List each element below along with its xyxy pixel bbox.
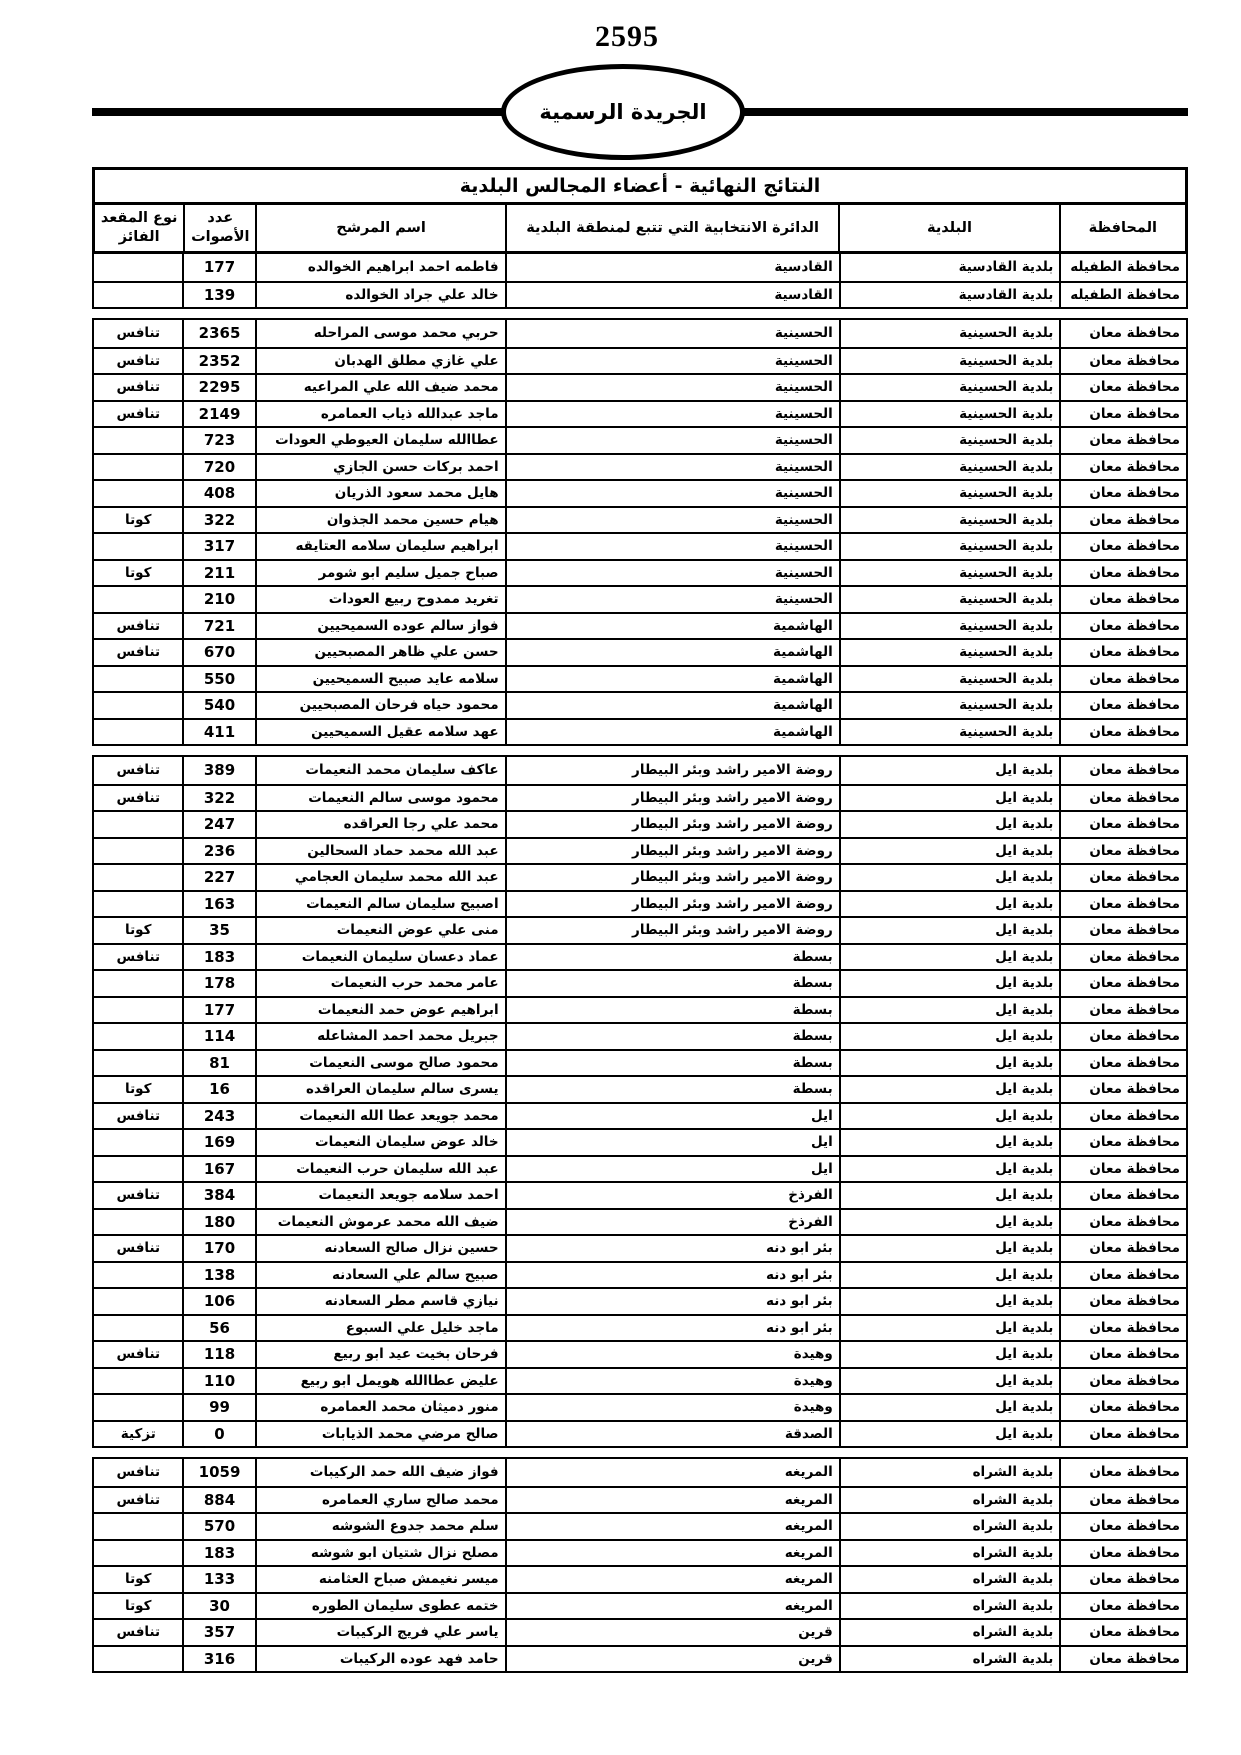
- cell-municipality: بلدية الحسينية: [839, 455, 1060, 480]
- table-row: محافظة معانبلدية الحسينيةالحسينيةتغريد م…: [94, 585, 1186, 612]
- cell-votes: 317: [182, 534, 254, 559]
- cell-governorate: محافظة معان: [1059, 720, 1186, 745]
- table-row: محافظة معانبلدية ايلروضة الامير راشد وبئ…: [94, 810, 1186, 837]
- cell-seat: [94, 1263, 182, 1288]
- cell-votes: 2149: [182, 402, 254, 427]
- cell-district: الهاشمية: [505, 693, 839, 718]
- cell-municipality: بلدية الشراه: [839, 1594, 1060, 1619]
- cell-governorate: محافظة معان: [1059, 998, 1186, 1023]
- table-blocks: محافظة الطفيلهبلدية القادسيةالقادسيةفاطم…: [92, 254, 1188, 1673]
- cell-name: مصلح نزال شتيان ابو شوشه: [255, 1541, 505, 1566]
- cell-governorate: محافظة الطفيله: [1059, 254, 1186, 281]
- cell-seat: [94, 667, 182, 692]
- cell-municipality: بلدية الحسينية: [839, 640, 1060, 665]
- cell-municipality: بلدية الحسينية: [839, 320, 1060, 347]
- cell-votes: 211: [182, 561, 254, 586]
- cell-name: ابراهيم عوض حمد النعيمات: [255, 998, 505, 1023]
- cell-district: بئر ابو دنه: [505, 1263, 839, 1288]
- cell-seat: كوتا: [94, 561, 182, 586]
- cell-governorate: محافظة معان: [1059, 640, 1186, 665]
- cell-municipality: بلدية ايل: [839, 1422, 1060, 1447]
- cell-name: حامد فهد عوده الركيبات: [255, 1647, 505, 1672]
- cell-governorate: محافظة معان: [1059, 1263, 1186, 1288]
- cell-governorate: محافظة معان: [1059, 839, 1186, 864]
- cell-district: روضة الامير راشد وبئر البيطار: [505, 918, 839, 943]
- cell-seat: تنافس: [94, 320, 182, 347]
- cell-name: فاطمه احمد ابراهيم الخوالده: [255, 254, 505, 281]
- cell-votes: 177: [182, 998, 254, 1023]
- cell-name: احمد سلامه جويعد النعيمات: [255, 1183, 505, 1208]
- cell-district: الهاشمية: [505, 667, 839, 692]
- cell-district: بسطة: [505, 971, 839, 996]
- cell-seat: تنافس: [94, 349, 182, 374]
- cell-municipality: بلدية ايل: [839, 1077, 1060, 1102]
- cell-seat: [94, 1130, 182, 1155]
- cell-municipality: بلدية الحسينية: [839, 428, 1060, 453]
- cell-district: الحسينية: [505, 320, 839, 347]
- cell-district: بسطة: [505, 945, 839, 970]
- cell-municipality: بلدية الشراه: [839, 1541, 1060, 1566]
- cell-seat: [94, 971, 182, 996]
- cell-votes: 723: [182, 428, 254, 453]
- table-row: محافظة معانبلدية ايلوهيدةمنور دميثان محم…: [94, 1393, 1186, 1420]
- cell-name: حسين نزال صالح السعادنه: [255, 1236, 505, 1261]
- table-row: محافظة معانبلدية الحسينيةالحسينيةماجد عب…: [94, 400, 1186, 427]
- cell-municipality: بلدية ايل: [839, 971, 1060, 996]
- cell-name: ختمه عطوى سليمان الطوره: [255, 1594, 505, 1619]
- cell-municipality: بلدية ايل: [839, 757, 1060, 784]
- cell-votes: 2295: [182, 375, 254, 400]
- table-row: محافظة معانبلدية ايلروضة الامير راشد وبئ…: [94, 837, 1186, 864]
- cell-governorate: محافظة معان: [1059, 1369, 1186, 1394]
- cell-votes: 243: [182, 1104, 254, 1129]
- cell-seat: [94, 1514, 182, 1539]
- table-row: محافظة معانبلدية الحسينيةالحسينيةعلي غاز…: [94, 347, 1186, 374]
- cell-district: روضة الامير راشد وبئر البيطار: [505, 892, 839, 917]
- cell-governorate: محافظة معان: [1059, 508, 1186, 533]
- cell-name: منى علي عوض النعيمات: [255, 918, 505, 943]
- cell-name: اصبيح سليمان سالم النعيمات: [255, 892, 505, 917]
- cell-seat: تنافس: [94, 1342, 182, 1367]
- cell-governorate: محافظة معان: [1059, 1422, 1186, 1447]
- cell-name: يسرى سالم سليمان العراقده: [255, 1077, 505, 1102]
- cell-district: ايل: [505, 1104, 839, 1129]
- cell-name: محمد علي رجا العراقده: [255, 812, 505, 837]
- cell-municipality: بلدية ايل: [839, 892, 1060, 917]
- cell-municipality: بلدية ايل: [839, 1369, 1060, 1394]
- cell-district: المريغه: [505, 1541, 839, 1566]
- table-row: محافظة معانبلدية ايلوهيدةفرحان بخيت عيد …: [94, 1340, 1186, 1367]
- cell-district: بئر ابو دنه: [505, 1236, 839, 1261]
- cell-name: عاكف سليمان محمد النعيمات: [255, 757, 505, 784]
- cell-seat: [94, 720, 182, 745]
- cell-votes: 570: [182, 1514, 254, 1539]
- cell-name: عامر محمد حرب النعيمات: [255, 971, 505, 996]
- cell-votes: 384: [182, 1183, 254, 1208]
- header-cell-district: الدائرة الانتخابية التي تتبع لمنطقة البل…: [505, 205, 839, 251]
- cell-seat: [94, 1541, 182, 1566]
- cell-municipality: بلدية ايل: [839, 1316, 1060, 1341]
- cell-district: القادسية: [505, 283, 839, 308]
- cell-district: روضة الامير راشد وبئر البيطار: [505, 865, 839, 890]
- cell-votes: 183: [182, 1541, 254, 1566]
- cell-municipality: بلدية الحسينية: [839, 667, 1060, 692]
- cell-votes: 138: [182, 1263, 254, 1288]
- cell-name: فرحان بخيت عيد ابو ربيع: [255, 1342, 505, 1367]
- cell-seat: [94, 283, 182, 308]
- cell-governorate: محافظة معان: [1059, 1647, 1186, 1672]
- cell-governorate: محافظة معان: [1059, 892, 1186, 917]
- cell-seat: [94, 254, 182, 281]
- cell-votes: 720: [182, 455, 254, 480]
- header-cell-municipality: البلدية: [838, 205, 1058, 251]
- cell-municipality: بلدية الحسينية: [839, 587, 1060, 612]
- cell-governorate: محافظة معان: [1059, 614, 1186, 639]
- table-row: محافظة معانبلدية الحسينيةالحسينيةصباح جم…: [94, 559, 1186, 586]
- cell-district: روضة الامير راشد وبئر البيطار: [505, 812, 839, 837]
- cell-governorate: محافظة معان: [1059, 945, 1186, 970]
- cell-seat: كوتا: [94, 918, 182, 943]
- cell-governorate: محافظة معان: [1059, 320, 1186, 347]
- cell-name: محمود حياه فرحان المصبحيين: [255, 693, 505, 718]
- cell-seat: تنافس: [94, 614, 182, 639]
- cell-district: بسطة: [505, 1077, 839, 1102]
- cell-district: الحسينية: [505, 561, 839, 586]
- cell-votes: 210: [182, 587, 254, 612]
- cell-name: محمود موسى سالم النعيمات: [255, 786, 505, 811]
- table-row: محافظة معانبلدية ايلوهيدةعليض عطاالله هو…: [94, 1367, 1186, 1394]
- cell-municipality: بلدية ايل: [839, 812, 1060, 837]
- cell-municipality: بلدية ايل: [839, 918, 1060, 943]
- cell-name: صالح مرضي محمد الذيابات: [255, 1422, 505, 1447]
- table-row: محافظة معانبلدية ايلبئر ابو دنهنيازي قاس…: [94, 1287, 1186, 1314]
- table-row: محافظة معانبلدية ايلبسطةابراهيم عوض حمد …: [94, 996, 1186, 1023]
- cell-district: الحسينية: [505, 534, 839, 559]
- cell-district: روضة الامير راشد وبئر البيطار: [505, 757, 839, 784]
- cell-name: ياسر علي فريج الركيبات: [255, 1620, 505, 1645]
- cell-district: بئر ابو دنه: [505, 1289, 839, 1314]
- cell-name: ماجد عبدالله ذياب العمامره: [255, 402, 505, 427]
- cell-governorate: محافظة معان: [1059, 561, 1186, 586]
- cell-governorate: محافظة معان: [1059, 455, 1186, 480]
- cell-municipality: بلدية الحسينية: [839, 508, 1060, 533]
- results-block: محافظة معانبلدية ايلروضة الامير راشد وبئ…: [92, 755, 1188, 1448]
- table-row: محافظة معانبلدية الشراهقرينياسر علي فريج…: [94, 1618, 1186, 1645]
- cell-name: صبيح سالم علي السعادنه: [255, 1263, 505, 1288]
- cell-governorate: محافظة معان: [1059, 402, 1186, 427]
- cell-municipality: بلدية ايل: [839, 1051, 1060, 1076]
- cell-municipality: بلدية الشراه: [839, 1620, 1060, 1645]
- cell-votes: 322: [182, 508, 254, 533]
- cell-votes: 139: [182, 283, 254, 308]
- cell-name: ضيف الله محمد عرموش النعيمات: [255, 1210, 505, 1235]
- results-block: محافظة معانبلدية الحسينيةالحسينيةحربي مح…: [92, 318, 1188, 746]
- cell-district: بسطة: [505, 1024, 839, 1049]
- cell-governorate: محافظة معان: [1059, 667, 1186, 692]
- cell-municipality: بلدية الشراه: [839, 1488, 1060, 1513]
- table-header-row: المحافظةالبلديةالدائرة الانتخابية التي ت…: [92, 205, 1188, 254]
- cell-votes: 408: [182, 481, 254, 506]
- table-row: محافظة معانبلدية الحسينيةالحسينيةحربي مح…: [94, 320, 1186, 347]
- cell-district: الحسينية: [505, 428, 839, 453]
- cell-votes: 163: [182, 892, 254, 917]
- cell-governorate: محافظة معان: [1059, 587, 1186, 612]
- cell-votes: 550: [182, 667, 254, 692]
- cell-governorate: محافظة معان: [1059, 757, 1186, 784]
- cell-municipality: بلدية ايل: [839, 839, 1060, 864]
- cell-governorate: محافظة معان: [1059, 481, 1186, 506]
- cell-district: المريغه: [505, 1594, 839, 1619]
- cell-municipality: بلدية ايل: [839, 786, 1060, 811]
- table-row: محافظة معانبلدية ايلبئر ابو دنهماجد خليل…: [94, 1314, 1186, 1341]
- header-cell-votes: عدد الأصوات: [183, 205, 255, 251]
- cell-governorate: محافظة معان: [1059, 1210, 1186, 1235]
- cell-votes: 35: [182, 918, 254, 943]
- table-row: محافظة معانبلدية ايلروضة الامير راشد وبئ…: [94, 890, 1186, 917]
- cell-seat: [94, 455, 182, 480]
- table-row: محافظة معانبلدية الحسينيةالحسينيةاحمد بر…: [94, 453, 1186, 480]
- cell-municipality: بلدية ايل: [839, 1024, 1060, 1049]
- cell-seat: [94, 1647, 182, 1672]
- cell-district: بسطة: [505, 1051, 839, 1076]
- cell-seat: [94, 1210, 182, 1235]
- cell-governorate: محافظة معان: [1059, 1459, 1186, 1486]
- table-row: محافظة معانبلدية الحسينيةالحسينيةهيام حس…: [94, 506, 1186, 533]
- cell-governorate: محافظة معان: [1059, 1395, 1186, 1420]
- cell-governorate: محافظة معان: [1059, 1077, 1186, 1102]
- cell-name: عليض عطاالله هويمل ابو ربيع: [255, 1369, 505, 1394]
- cell-municipality: بلدية ايل: [839, 1104, 1060, 1129]
- cell-district: الفرذخ: [505, 1183, 839, 1208]
- cell-municipality: بلدية الحسينية: [839, 561, 1060, 586]
- table-row: محافظة معانبلدية الحسينيةالحسينيةعطاالله…: [94, 426, 1186, 453]
- cell-governorate: محافظة معان: [1059, 693, 1186, 718]
- cell-seat: [94, 693, 182, 718]
- cell-municipality: بلدية الحسينية: [839, 534, 1060, 559]
- cell-district: الحسينية: [505, 587, 839, 612]
- cell-seat: [94, 428, 182, 453]
- cell-votes: 670: [182, 640, 254, 665]
- cell-governorate: محافظة معان: [1059, 1157, 1186, 1182]
- cell-district: وهيدة: [505, 1342, 839, 1367]
- cell-governorate: محافظة معان: [1059, 1594, 1186, 1619]
- cell-name: عبد الله سليمان حرب النعيمات: [255, 1157, 505, 1182]
- cell-name: عبد الله محمد حماد السحالين: [255, 839, 505, 864]
- table-row: محافظة معانبلدية الحسينيةالهاشميةعهد سلا…: [94, 718, 1186, 745]
- cell-municipality: بلدية ايل: [839, 1263, 1060, 1288]
- cell-name: هيام حسين محمد الجذوان: [255, 508, 505, 533]
- cell-governorate: محافظة معان: [1059, 1620, 1186, 1645]
- table-row: محافظة معانبلدية الحسينيةالحسينيةابراهيم…: [94, 532, 1186, 559]
- cell-votes: 167: [182, 1157, 254, 1182]
- cell-name: جبريل محمد احمد المشاعله: [255, 1024, 505, 1049]
- cell-governorate: محافظة معان: [1059, 1289, 1186, 1314]
- table-row: محافظة معانبلدية ايلايلمحمد جويعد عطا ال…: [94, 1102, 1186, 1129]
- table-row: محافظة معانبلدية الشراهالمريغهمحمد صالح …: [94, 1486, 1186, 1513]
- table-row: محافظة معانبلدية ايلبسطةمحمود صالح موسى …: [94, 1049, 1186, 1076]
- gazette-emblem: الجريدة الرسمية: [501, 64, 745, 160]
- cell-seat: [94, 865, 182, 890]
- table-row: محافظة معانبلدية الشراهالمريغهسلم محمد ج…: [94, 1512, 1186, 1539]
- cell-municipality: بلدية الشراه: [839, 1514, 1060, 1539]
- cell-votes: 56: [182, 1316, 254, 1341]
- cell-seat: [94, 1369, 182, 1394]
- cell-district: روضة الامير راشد وبئر البيطار: [505, 839, 839, 864]
- cell-name: ماجد خليل علي السبوع: [255, 1316, 505, 1341]
- cell-governorate: محافظة معان: [1059, 971, 1186, 996]
- cell-district: الحسينية: [505, 402, 839, 427]
- cell-seat: [94, 534, 182, 559]
- cell-district: روضة الامير راشد وبئر البيطار: [505, 786, 839, 811]
- cell-municipality: بلدية ايل: [839, 1342, 1060, 1367]
- table-row: محافظة معانبلدية ايلايلخالد عوض سليمان ا…: [94, 1128, 1186, 1155]
- cell-governorate: محافظة معان: [1059, 1514, 1186, 1539]
- cell-district: وهيدة: [505, 1395, 839, 1420]
- cell-name: حربي محمد موسى المراحله: [255, 320, 505, 347]
- cell-name: عماد دعسان سليمان النعيمات: [255, 945, 505, 970]
- cell-seat: [94, 587, 182, 612]
- cell-seat: [94, 1051, 182, 1076]
- cell-votes: 177: [182, 254, 254, 281]
- cell-votes: 389: [182, 757, 254, 784]
- cell-name: عهد سلامه عقيل السميحيين: [255, 720, 505, 745]
- cell-district: قرين: [505, 1620, 839, 1645]
- cell-seat: [94, 1316, 182, 1341]
- cell-votes: 114: [182, 1024, 254, 1049]
- cell-seat: تنافس: [94, 1236, 182, 1261]
- table-row: محافظة معانبلدية الحسينيةالحسينيةهايل مح…: [94, 479, 1186, 506]
- cell-governorate: محافظة معان: [1059, 1541, 1186, 1566]
- cell-municipality: بلدية الحسينية: [839, 720, 1060, 745]
- cell-seat: كوتا: [94, 508, 182, 533]
- cell-name: سلامه عايد صبيح السميحيين: [255, 667, 505, 692]
- table-row: محافظة معانبلدية ايلبسطةعماد دعسان سليما…: [94, 943, 1186, 970]
- cell-governorate: محافظة معان: [1059, 349, 1186, 374]
- cell-seat: تنافس: [94, 1459, 182, 1486]
- cell-district: الفرذخ: [505, 1210, 839, 1235]
- cell-governorate: محافظة معان: [1059, 1183, 1186, 1208]
- table-row: محافظة معانبلدية الشراهقرينحامد فهد عوده…: [94, 1645, 1186, 1672]
- header-cell-governorate: المحافظة: [1059, 205, 1185, 251]
- table-row: محافظة معانبلدية الحسينيةالهاشميةسلامه ع…: [94, 665, 1186, 692]
- cell-district: الهاشمية: [505, 640, 839, 665]
- cell-municipality: بلدية ايل: [839, 998, 1060, 1023]
- cell-district: القادسية: [505, 254, 839, 281]
- cell-votes: 2352: [182, 349, 254, 374]
- cell-district: ايل: [505, 1157, 839, 1182]
- table-row: محافظة معانبلدية الحسينيةالهاشميةمحمود ح…: [94, 691, 1186, 718]
- table-row: محافظة معانبلدية الحسينيةالهاشميةحسن علي…: [94, 638, 1186, 665]
- cell-votes: 169: [182, 1130, 254, 1155]
- cell-name: عبد الله محمد سليمان العجامي: [255, 865, 505, 890]
- cell-name: محمود صالح موسى النعيمات: [255, 1051, 505, 1076]
- cell-municipality: بلدية القادسية: [839, 254, 1060, 281]
- cell-seat: تنافس: [94, 375, 182, 400]
- cell-votes: 110: [182, 1369, 254, 1394]
- cell-votes: 183: [182, 945, 254, 970]
- cell-name: تغريد ممدوح ربيع العودات: [255, 587, 505, 612]
- cell-governorate: محافظة معان: [1059, 428, 1186, 453]
- cell-governorate: محافظة معان: [1059, 1051, 1186, 1076]
- cell-name: فواز سالم عوده السميحيين: [255, 614, 505, 639]
- cell-name: ابراهيم سليمان سلامه العتايقه: [255, 534, 505, 559]
- table-row: محافظة الطفيلهبلدية القادسيةالقادسيةفاطم…: [94, 254, 1186, 281]
- cell-name: احمد بركات حسن الجازي: [255, 455, 505, 480]
- table-row: محافظة معانبلدية ايلبئر ابو دنهصبيح سالم…: [94, 1261, 1186, 1288]
- cell-seat: تنافس: [94, 402, 182, 427]
- cell-municipality: بلدية الحسينية: [839, 375, 1060, 400]
- cell-governorate: محافظة معان: [1059, 1104, 1186, 1129]
- cell-votes: 322: [182, 786, 254, 811]
- cell-governorate: محافظة الطفيله: [1059, 283, 1186, 308]
- table-row: محافظة معانبلدية ايلالفرذخضيف الله محمد …: [94, 1208, 1186, 1235]
- cell-district: الحسينية: [505, 508, 839, 533]
- cell-governorate: محافظة معان: [1059, 534, 1186, 559]
- cell-district: الهاشمية: [505, 614, 839, 639]
- cell-votes: 106: [182, 1289, 254, 1314]
- cell-governorate: محافظة معان: [1059, 1024, 1186, 1049]
- cell-governorate: محافظة معان: [1059, 1342, 1186, 1367]
- cell-municipality: بلدية ايل: [839, 1157, 1060, 1182]
- cell-municipality: بلدية ايل: [839, 1236, 1060, 1261]
- table-title: النتائج النهائية - أعضاء المجالس البلدية: [92, 167, 1188, 205]
- header-cell-name: اسم المرشح: [255, 205, 505, 251]
- cell-governorate: محافظة معان: [1059, 1488, 1186, 1513]
- table-row: محافظة معانبلدية ايلروضة الامير راشد وبئ…: [94, 863, 1186, 890]
- cell-seat: كوتا: [94, 1567, 182, 1592]
- cell-district: قرين: [505, 1647, 839, 1672]
- table-row: محافظة معانبلدية ايلروضة الامير راشد وبئ…: [94, 916, 1186, 943]
- cell-governorate: محافظة معان: [1059, 918, 1186, 943]
- cell-municipality: بلدية الحسينية: [839, 481, 1060, 506]
- cell-municipality: بلدية الحسينية: [839, 402, 1060, 427]
- cell-district: المريغه: [505, 1459, 839, 1486]
- table-row: محافظة معانبلدية الشراهالمريغهميسر نغيمش…: [94, 1565, 1186, 1592]
- table-row: محافظة معانبلدية ايلالصدقةصالح مرضي محمد…: [94, 1420, 1186, 1447]
- cell-seat: [94, 812, 182, 837]
- cell-municipality: بلدية ايل: [839, 1210, 1060, 1235]
- cell-seat: كوتا: [94, 1077, 182, 1102]
- cell-votes: 178: [182, 971, 254, 996]
- cell-seat: [94, 1157, 182, 1182]
- cell-district: المريغه: [505, 1488, 839, 1513]
- cell-municipality: بلدية ايل: [839, 1395, 1060, 1420]
- cell-municipality: بلدية القادسية: [839, 283, 1060, 308]
- cell-district: بئر ابو دنه: [505, 1316, 839, 1341]
- table-row: محافظة معانبلدية ايلايلعبد الله سليمان ح…: [94, 1155, 1186, 1182]
- cell-district: المريغه: [505, 1514, 839, 1539]
- cell-governorate: محافظة معان: [1059, 375, 1186, 400]
- table-row: محافظة معانبلدية ايلبسطةعامر محمد حرب ال…: [94, 969, 1186, 996]
- cell-votes: 316: [182, 1647, 254, 1672]
- cell-votes: 1059: [182, 1459, 254, 1486]
- cell-district: الحسينية: [505, 455, 839, 480]
- table-row: محافظة الطفيلهبلدية القادسيةالقادسيةخالد…: [94, 281, 1186, 308]
- cell-seat: تنافس: [94, 1488, 182, 1513]
- cell-seat: تنافس: [94, 1620, 182, 1645]
- cell-votes: 30: [182, 1594, 254, 1619]
- table-row: محافظة معانبلدية ايلبسطةجبريل محمد احمد …: [94, 1022, 1186, 1049]
- table-row: محافظة معانبلدية الحسينيةالحسينيةمحمد ضي…: [94, 373, 1186, 400]
- cell-district: وهيدة: [505, 1369, 839, 1394]
- table-row: محافظة معانبلدية ايلبئر ابو دنهحسين نزال…: [94, 1234, 1186, 1261]
- cell-municipality: بلدية الشراه: [839, 1567, 1060, 1592]
- cell-seat: تنافس: [94, 757, 182, 784]
- cell-governorate: محافظة معان: [1059, 786, 1186, 811]
- cell-name: منور دميثان محمد العمامره: [255, 1395, 505, 1420]
- cell-municipality: بلدية الحسينية: [839, 349, 1060, 374]
- cell-seat: [94, 1395, 182, 1420]
